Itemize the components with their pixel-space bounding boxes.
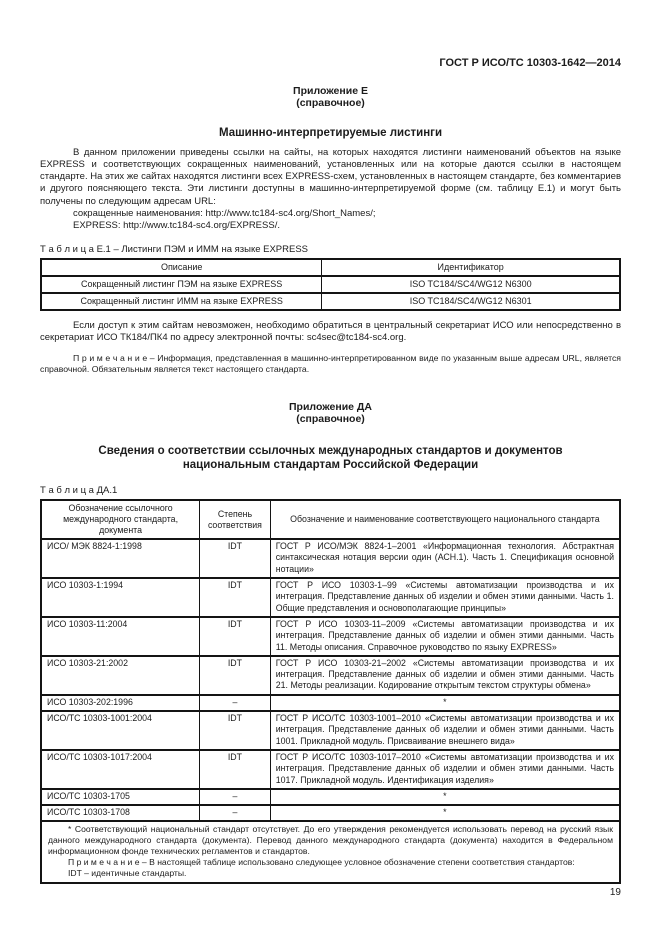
url-express: EXPRESS: http://www.tc184-sc4.org/EXPRES… [40,220,621,232]
table-da1-footnote: * Соответствующий национальный стандарт … [48,824,613,857]
cell-national: ГОСТ Р ИСО/ТС 10303-1001–2010 «Системы а… [270,711,620,750]
table-da1-col-national: Обозначение и наименование соответствующ… [270,500,620,539]
table-da1-note: П р и м е ч а н и е – В настоящей таблиц… [48,857,613,868]
appendix-da-title-line2: национальным стандартам Российской Федер… [40,459,621,473]
appendix-da-title-line1: Сведения о соответствии ссылочных междун… [40,445,621,459]
cell-national: * [270,695,620,711]
cell-degree: IDT [200,711,271,750]
appendix-e-access-paragraph: Если доступ к этим сайтам невозможен, не… [40,320,621,345]
cell-degree: IDT [200,578,271,617]
table-da1-note-item: IDT – идентичные стандарты. [48,868,613,879]
cell-degree: IDT [200,656,271,695]
cell-reference: ИСО/ТС 10303-1705 [41,789,200,805]
table-row: ИСО 10303-1:1994 IDT ГОСТ Р ИСО 10303-1–… [41,578,620,617]
table-e1-col-description: Описание [41,259,322,276]
cell-degree: – [200,789,271,805]
table-row: ИСО/ТС 10303-1001:2004 IDT ГОСТ Р ИСО/ТС… [41,711,620,750]
cell-national: ГОСТ Р ИСО 10303-21–2002 «Системы автома… [270,656,620,695]
table-e1: Описание Идентификатор Сокращенный листи… [40,258,621,311]
document-page: ГОСТ Р ИСО/ТС 10303-1642—2014 Приложение… [0,0,661,899]
cell-degree: – [200,805,271,821]
cell-reference: ИСО/ТС 10303-1708 [41,805,200,821]
cell-identifier: ISO TC184/SC4/WG12 N6300 [322,276,620,293]
appendix-e-intro-paragraph: В данном приложении приведены ссылки на … [40,147,621,208]
table-row: ИСО/ТС 10303-1705 – * [41,789,620,805]
url-short-names: сокращенные наименования: http://www.tc1… [40,208,621,220]
table-row: ИСО/ТС 10303-1017:2004 IDT ГОСТ Р ИСО/ТС… [41,750,620,789]
cell-degree: IDT [200,617,271,656]
document-header: ГОСТ Р ИСО/ТС 10303-1642—2014 [40,57,621,70]
table-row: ИСО 10303-11:2004 IDT ГОСТ Р ИСО 10303-1… [41,617,620,656]
table-da1-footnote-cell: * Соответствующий национальный стандарт … [41,821,620,883]
table-row: ИСО/ МЭК 8824-1:1998 IDT ГОСТ Р ИСО/МЭК … [41,539,620,578]
cell-national: ГОСТ Р ИСО/МЭК 8824-1–2001 «Информационн… [270,539,620,578]
cell-national: * [270,805,620,821]
cell-reference: ИСО 10303-1:1994 [41,578,200,617]
appendix-da-type: (справочное) [40,413,621,425]
table-footnote-row: * Соответствующий национальный стандарт … [41,821,620,883]
table-e1-caption: Т а б л и ц а Е.1 – Листинги ПЭМ и ИММ н… [40,244,621,256]
appendix-e-note: П р и м е ч а н и е – Информация, предст… [40,353,621,375]
cell-degree: IDT [200,539,271,578]
appendix-e-type: (справочное) [40,97,621,109]
cell-description: Сокращенный листинг ПЭМ на языке EXPRESS [41,276,322,293]
cell-reference: ИСО 10303-202:1996 [41,695,200,711]
table-da1-caption: Т а б л и ц а ДА.1 [40,485,621,497]
cell-national: ГОСТ Р ИСО 10303-1–99 «Системы автоматиз… [270,578,620,617]
cell-degree: – [200,695,271,711]
table-e1-col-identifier: Идентификатор [322,259,620,276]
cell-reference: ИСО/ТС 10303-1001:2004 [41,711,200,750]
cell-national: ГОСТ Р ИСО 10303-11–2009 «Системы автома… [270,617,620,656]
table-row: ИСО 10303-21:2002 IDT ГОСТ Р ИСО 10303-2… [41,656,620,695]
cell-reference: ИСО/ МЭК 8824-1:1998 [41,539,200,578]
cell-degree: IDT [200,750,271,789]
table-da1-header-row: Обозначение ссылочного международного ст… [41,500,620,539]
page-number: 19 [40,887,621,899]
appendix-e-label: Приложение Е [40,85,621,97]
cell-national: ГОСТ Р ИСО/ТС 10303-1017–2010 «Системы а… [270,750,620,789]
appendix-da-label: Приложение ДА [40,401,621,413]
cell-reference: ИСО/ТС 10303-1017:2004 [41,750,200,789]
table-da1-col-reference: Обозначение ссылочного международного ст… [41,500,200,539]
table-row: ИСО 10303-202:1996 – * [41,695,620,711]
appendix-e-title: Машинно-интерпретируемые листинги [40,127,621,141]
table-e1-header-row: Описание Идентификатор [41,259,620,276]
table-da1: Обозначение ссылочного международного ст… [40,499,621,884]
table-da1-col-degree: Степень соответствия [200,500,271,539]
cell-description: Сокращенный листинг ИММ на языке EXPRESS [41,293,322,310]
cell-national: * [270,789,620,805]
cell-reference: ИСО 10303-11:2004 [41,617,200,656]
table-row: Сокращенный листинг ПЭМ на языке EXPRESS… [41,276,620,293]
cell-reference: ИСО 10303-21:2002 [41,656,200,695]
cell-identifier: ISO TC184/SC4/WG12 N6301 [322,293,620,310]
table-row: ИСО/ТС 10303-1708 – * [41,805,620,821]
table-row: Сокращенный листинг ИММ на языке EXPRESS… [41,293,620,310]
